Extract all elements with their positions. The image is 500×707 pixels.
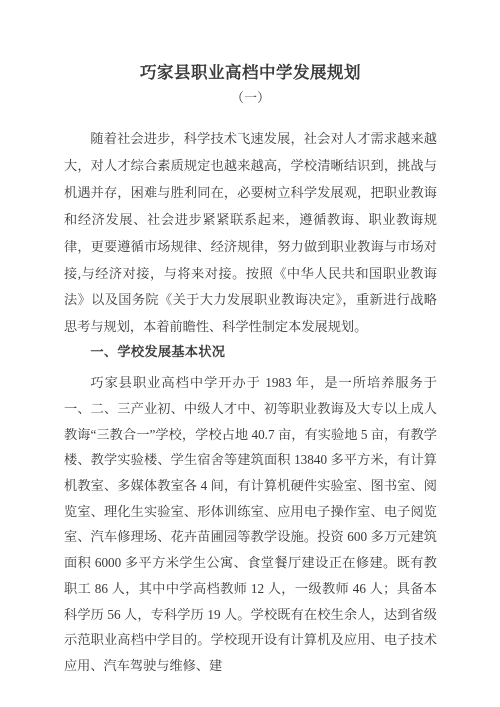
intro-paragraph: 随着社会进步，科学技术飞速发展，社会对人才需求越来越大，对人才综合素质规定也越来… — [64, 126, 437, 341]
section-1-body: 巧家县职业高档中学开办于 1983 年，是一所培养服务于一、二、三产业初、中级人… — [64, 370, 437, 678]
document-subtitle: （一） — [64, 86, 437, 110]
document-title: 巧家县职业高档中学发展规划 — [64, 60, 437, 86]
document-content: 巧家县职业高档中学发展规划 （一） 随着社会进步，科学技术飞速发展，社会对人才需… — [64, 60, 437, 679]
document-page: 巧家县职业高档中学发展规划 （一） 随着社会进步，科学技术飞速发展，社会对人才需… — [0, 0, 500, 707]
section-1-heading: 一、学校发展基本状况 — [64, 343, 437, 361]
